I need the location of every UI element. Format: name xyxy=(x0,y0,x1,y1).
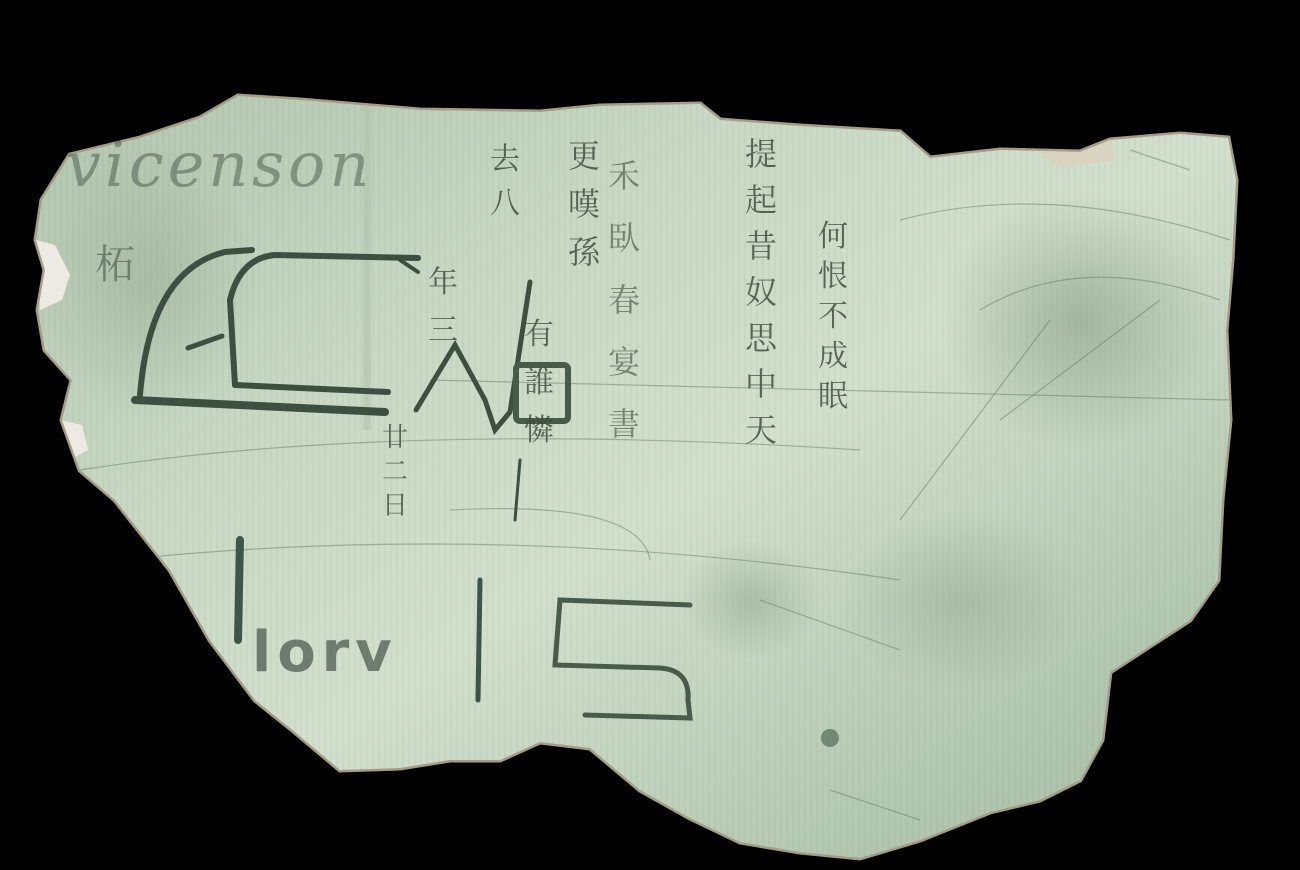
inscription-left-char: 柘 xyxy=(95,245,135,285)
char: 起 xyxy=(745,184,777,216)
char: 去 xyxy=(490,145,520,175)
char: 二 xyxy=(382,459,408,485)
char: 何 xyxy=(818,222,848,252)
boxed-char: 誰 xyxy=(524,368,554,398)
inscription-latin-bottom: lorv xyxy=(252,620,398,685)
char: 有 xyxy=(524,320,554,350)
char: 思 xyxy=(745,322,777,354)
char: 廿 xyxy=(382,425,408,451)
char: 年 xyxy=(428,268,458,298)
char: 宴 xyxy=(608,346,640,378)
char: 成 xyxy=(818,342,848,372)
inscription-column-5b: 年 三 xyxy=(428,268,458,346)
inscription-column-2: 提 起 昔 奴 思 中 天 xyxy=(745,138,777,446)
char: 昔 xyxy=(745,230,777,262)
inscription-column-4b: 有 誰 憐 xyxy=(524,320,554,446)
photo-stage: 何 恨 不 成 眠 提 起 昔 奴 思 中 天 禾 臥 春 宴 書 更 嘆 孫 … xyxy=(0,0,1300,870)
char: 中 xyxy=(745,368,777,400)
char: 孫 xyxy=(568,236,600,268)
inscription-latin-script: vicenson xyxy=(66,128,373,201)
char: 日 xyxy=(382,493,408,519)
inscription-column-4: 更 嘆 孫 xyxy=(568,140,600,268)
char: 憐 xyxy=(524,416,554,446)
char: 嘆 xyxy=(568,188,600,220)
char: 柘 xyxy=(95,245,135,285)
char: 八 xyxy=(490,189,520,219)
char: 臥 xyxy=(608,222,640,254)
char: 不 xyxy=(818,302,848,332)
char: 三 xyxy=(428,316,458,346)
char: 天 xyxy=(745,414,777,446)
char: 春 xyxy=(608,284,640,316)
inscription-column-1: 何 恨 不 成 眠 xyxy=(818,222,848,412)
inscription-column-5: 去 八 xyxy=(490,145,520,219)
char: 眠 xyxy=(818,382,848,412)
char: 恨 xyxy=(818,262,848,292)
char: 書 xyxy=(608,408,640,440)
char: 奴 xyxy=(745,276,777,308)
char: 禾 xyxy=(608,160,640,192)
inscription-column-5c: 廿 二 日 xyxy=(382,425,408,519)
char: 提 xyxy=(745,138,777,170)
char: 更 xyxy=(568,140,600,172)
inscription-column-3: 禾 臥 春 宴 書 xyxy=(608,160,640,440)
